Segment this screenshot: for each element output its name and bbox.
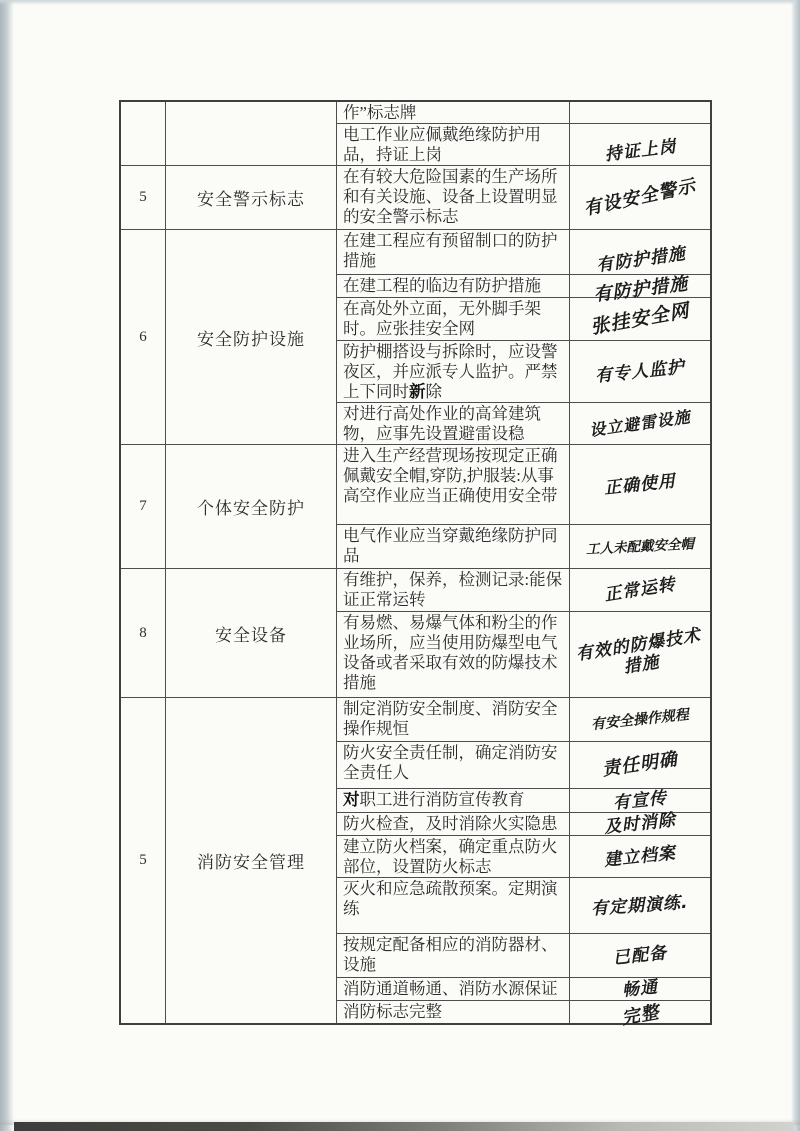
handwritten-note: 有宣传 [612, 788, 668, 814]
description-cell: 防火检查，及时消除火实隐患 [337, 813, 570, 836]
handwritten-note: 有专人监护 [594, 357, 686, 386]
description-cell: 作”标志牌 [337, 101, 570, 124]
handwritten-note: 建立档案 [603, 843, 677, 870]
remark-cell: 正确使用 [570, 445, 712, 525]
scan-edge-top [0, 0, 800, 5]
description-cell: 防火安全责任制，确定消防安全责任人 [337, 742, 570, 789]
remark-cell: 已配备 [570, 934, 712, 978]
description-cell: 消防标志完整 [337, 1001, 570, 1025]
remark-cell: 设立避雷设施 [570, 403, 712, 445]
description-cell: 在建工程的临边有防护措施 [337, 275, 570, 298]
row-number-cell: 5 [120, 698, 166, 1025]
handwritten-note: 畅通 [621, 977, 659, 1001]
handwritten-note: 完整 [620, 1003, 661, 1029]
remark-cell: 有防护措施 [570, 230, 712, 275]
table-row: 7 个体安全防护 进入生产经营现场按现定正确佩戴安全帽,穿防,护服装:从事高空作… [120, 445, 711, 525]
table-row: 作”标志牌 [120, 101, 711, 124]
table-row: 8 安全设备 有维护，保养，检测记录:能保证正常运转 正常运转 [120, 569, 711, 612]
remark-cell: 建立档案 [570, 836, 712, 878]
remark-cell: 有专人监护 [570, 341, 712, 403]
category-cell: 安全警示标志 [166, 166, 337, 230]
description-cell: 有易燃、易爆气体和粉尘的作业场所，应当使用防爆型电气设备或者采取有效的防爆技术措… [337, 612, 570, 698]
scan-edge-right [791, 0, 800, 1131]
remark-cell: 有效的防爆技术措施 [570, 612, 712, 698]
category-cell: 安全设备 [166, 569, 337, 698]
remark-cell: 及时消除 [570, 813, 712, 836]
remark-cell: 持证上岗 [570, 124, 712, 166]
handwritten-note: 责任明确 [601, 750, 679, 780]
scan-edge-left [0, 0, 14, 1131]
row-number-cell: 7 [120, 445, 166, 569]
remark-cell: 畅通 [570, 978, 712, 1001]
remark-cell: 有防护措施 [570, 275, 712, 298]
remark-cell: 有宣传 [570, 789, 712, 813]
handwritten-note: 有安全操作规程 [590, 704, 690, 734]
category-cell: 消防安全管理 [166, 698, 337, 1025]
description-cell: 按规定配备相应的消防器材、设施 [337, 934, 570, 978]
scanned-document-page: { "table": { "groups": [ { "no": "", "ca… [0, 0, 800, 1131]
handwritten-note: 设立避雷设施 [588, 406, 692, 440]
category-cell [166, 101, 337, 166]
description-bold-char: 新 [409, 382, 426, 401]
description-cell: 建立防火档案，确定重点防火部位，设置防火标志 [337, 836, 570, 878]
table-row: 5 安全警示标志 在有较大危险国素的生产场所和有关设施、设备上设置明显的安全警示… [120, 166, 711, 230]
handwritten-note: 有设安全警示 [582, 176, 698, 219]
description-cell: 进入生产经营现场按现定正确佩戴安全帽,穿防,护服装:从事高空作业应当正确使用安全… [337, 445, 570, 525]
handwritten-note: 张挂安全网 [589, 300, 691, 337]
description-cell: 在高处外立面，无外脚手架时。应张挂安全网 [337, 298, 570, 341]
description-cell: 制定消防安全制度、消防安全操作规恒 [337, 698, 570, 742]
remark-cell: 责任明确 [570, 742, 712, 789]
remark-cell: 有设安全警示 [570, 166, 712, 230]
handwritten-note: 正常运转 [603, 574, 677, 605]
scan-edge-bottom [14, 1122, 794, 1131]
handwritten-note: 工人未配戴安全帽 [586, 534, 695, 560]
description-cell: 电气作业应当穿戴绝缘防护同品 [337, 525, 570, 569]
remark-cell: 有定期演练. [570, 878, 712, 934]
inspection-table: 作”标志牌 电工作业应佩戴绝缘防护用品，持证上岗 持证上岗 5 安全警示标志 在… [119, 100, 712, 1025]
category-cell: 安全防护设施 [166, 230, 337, 445]
remark-cell: 张挂安全网 [570, 298, 712, 341]
category-cell: 个体安全防护 [166, 445, 337, 569]
description-cell: 在建工程应有预留制口的防护措施 [337, 230, 570, 275]
description-cell: 防护棚搭设与拆除时，应设警夜区，并应派专人监护。严禁上下同时新除 [337, 341, 570, 403]
handwritten-note: 已配备 [612, 943, 668, 969]
remark-cell: 完整 [570, 1001, 712, 1025]
description-cell: 电工作业应佩戴绝缘防护用品，持证上岗 [337, 124, 570, 166]
description-cell: 在有较大危险国素的生产场所和有关设施、设备上设置明显的安全警示标志 [337, 166, 570, 230]
remark-cell: 工人未配戴安全帽 [570, 525, 712, 569]
remark-cell: 有安全操作规程 [570, 698, 712, 742]
handwritten-note: 有防护措施 [595, 244, 687, 276]
row-number-cell [120, 101, 166, 166]
description-text: 防护棚搭设与拆除时，应设警夜区，并应派专人监护。严禁上下同时 [343, 342, 558, 401]
handwritten-note: 有效的防爆技术措施 [569, 624, 712, 685]
table-row: 6 安全防护设施 在建工程应有预留制口的防护措施 有防护措施 [120, 230, 711, 275]
table-row: 5 消防安全管理 制定消防安全制度、消防安全操作规恒 有安全操作规程 [120, 698, 711, 742]
description-cell: 灭火和应急疏散预案。定期演练 [337, 878, 570, 934]
description-cell: 对进行高处作业的高耸建筑物，应事先设置避雷设稳 [337, 403, 570, 445]
row-number-cell: 5 [120, 166, 166, 230]
handwritten-note: 持证上岗 [604, 136, 678, 165]
handwritten-note: 及时消除 [603, 810, 677, 837]
remark-cell [570, 101, 712, 124]
description-cell: 对职工进行消防宣传教育 [337, 789, 570, 813]
row-number-cell: 8 [120, 569, 166, 698]
row-number-cell: 6 [120, 230, 166, 445]
remark-cell: 正常运转 [570, 569, 712, 612]
description-bold-char: 对 [343, 790, 360, 809]
description-text: 除 [426, 382, 443, 401]
scan-shadow-bottom [0, 1119, 800, 1125]
handwritten-note: 有定期演练. [591, 892, 690, 919]
description-text: 职工进行消防宣传教育 [360, 790, 525, 809]
handwritten-note: 正确使用 [603, 471, 677, 498]
description-cell: 有维护，保养，检测记录:能保证正常运转 [337, 569, 570, 612]
description-cell: 消防通道畅通、消防水源保证 [337, 978, 570, 1001]
